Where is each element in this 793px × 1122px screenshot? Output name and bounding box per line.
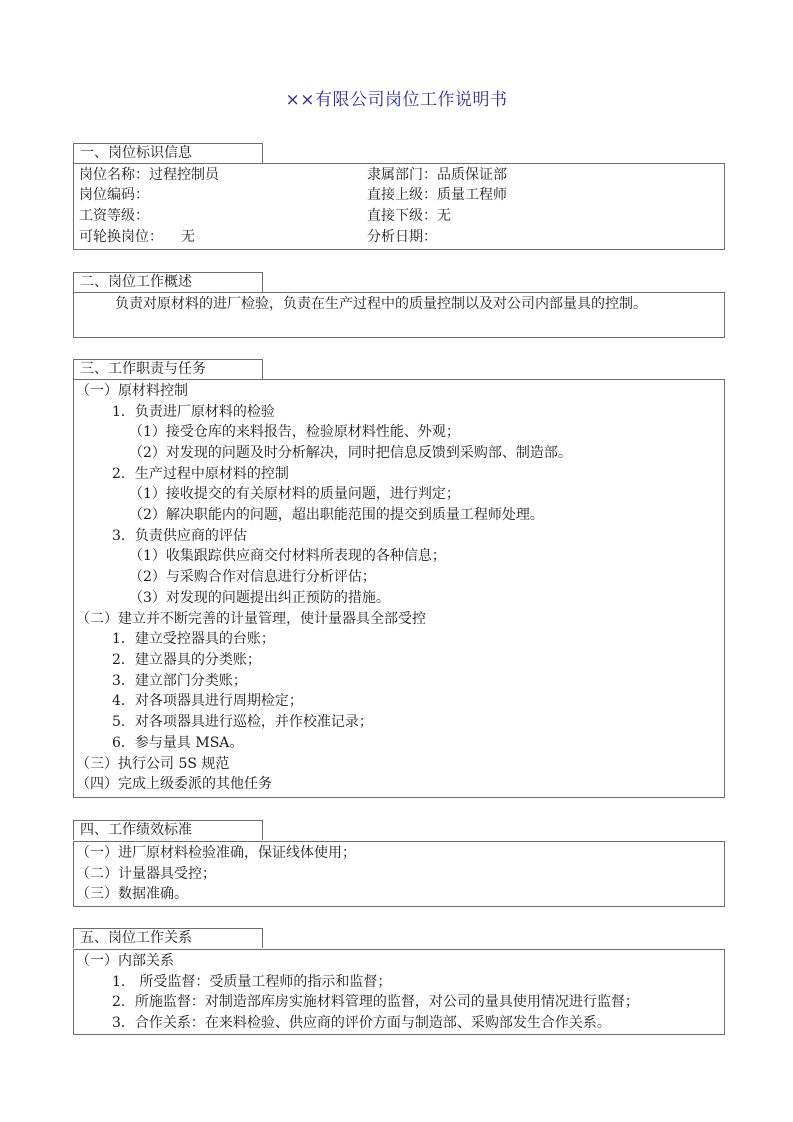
document-title: ××有限公司岗位工作说明书 <box>0 88 793 112</box>
duty-line: （2）对发现的问题及时分析解决，同时把信息反馈到采购部、制造部。 <box>129 443 572 463</box>
relation-line: 3．合作关系：在来料检验、供应商的评价方面与制造部、采购部发生合作关系。 <box>112 1013 611 1033</box>
duty-line: 5．对各项器具进行巡检，并作校准记录； <box>112 712 373 732</box>
section-heading-relations: 五、岗位工作关系 <box>73 928 263 948</box>
field-salary-grade: 工资等级： <box>79 206 149 226</box>
duty-line: （三）执行公司 5S 规范 <box>76 754 229 774</box>
duty-line: 1．负责进厂原材料的检验 <box>112 402 275 422</box>
duty-line: （四）完成上级委派的其他任务 <box>76 774 272 794</box>
section-body-identification: 岗位名称：过程控制员 岗位编码： 工资等级： 可轮换岗位：无 隶属部门：品质保证… <box>73 163 725 250</box>
section-heading-performance: 四、工作绩效标准 <box>73 820 263 840</box>
duty-line: （1）收集跟踪供应商交付材料所表现的各种信息； <box>129 546 446 566</box>
section-heading-identification: 一、岗位标识信息 <box>73 143 263 163</box>
field-position-name: 岗位名称：过程控制员 <box>79 165 219 185</box>
duty-line: 3．负责供应商的评估 <box>112 526 247 546</box>
section-body-overview: 负责对原材料的进厂检验，负责在生产过程中的质量控制以及对公司内部量具的控制。 <box>73 292 725 338</box>
duty-line: （二）建立并不断完善的计量管理，使计量器具全部受控 <box>76 609 426 629</box>
section-body-relations: （一）内部关系 1． 所受监督：受质量工程师的指示和监督； 2．所施监督：对制造… <box>73 949 725 1035</box>
section-body-duties: （一）原材料控制 1．负责进厂原材料的检验 （1）接受仓库的来料报告，检验原材料… <box>73 379 725 798</box>
duty-line: 1．建立受控器具的台账； <box>112 629 275 649</box>
section-body-performance: （一）进厂原材料检验准确，保证线体使用； （二）计量器具受控； （三）数据准确。 <box>73 841 725 907</box>
field-direct-superior: 直接上级：质量工程师 <box>367 185 507 205</box>
duty-line: （3）对发现的问题提出纠正预防的措施。 <box>129 588 390 608</box>
duty-line: 2．建立器具的分类账； <box>112 650 261 670</box>
field-position-code: 岗位编码： <box>79 185 149 205</box>
duty-line: 6．参与量具 MSA。 <box>112 733 243 753</box>
field-department: 隶属部门：品质保证部 <box>367 165 507 185</box>
relation-line: 2．所施监督：对制造部库房实施材料管理的监督，对公司的量具使用情况进行监督； <box>112 992 639 1012</box>
duty-line: （2）解决职能内的问题，超出职能范围的提交到质量工程师处理。 <box>129 505 544 525</box>
duty-line: （1）接收提交的有关原材料的质量问题，进行判定； <box>129 484 460 504</box>
section-heading-overview: 二、岗位工作概述 <box>73 272 263 292</box>
performance-line: （一）进厂原材料检验准确，保证线体使用； <box>76 843 356 863</box>
overview-text: 负责对原材料的进厂检验，负责在生产过程中的质量控制以及对公司内部量具的控制。 <box>115 294 647 314</box>
duty-line: 4．对各项器具进行周期检定； <box>112 691 303 711</box>
performance-line: （二）计量器具受控； <box>76 864 216 884</box>
section-heading-duties: 三、工作职责与任务 <box>73 359 263 379</box>
duty-line: 2．生产过程中原材料的控制 <box>112 464 289 484</box>
relation-line: 1． 所受监督：受质量工程师的指示和监督； <box>112 972 391 992</box>
duty-line: 3．建立部门分类账； <box>112 671 247 691</box>
relation-line: （一）内部关系 <box>76 951 174 971</box>
field-analysis-date: 分析日期： <box>367 227 437 247</box>
duty-line: （一）原材料控制 <box>76 381 188 401</box>
duty-line: （1）接受仓库的来料报告，检验原材料性能、外观； <box>129 422 460 442</box>
field-rotatable-position: 可轮换岗位：无 <box>79 227 195 247</box>
duty-line: （2）与采购合作对信息进行分析评估； <box>129 567 376 587</box>
performance-line: （三）数据准确。 <box>76 884 188 904</box>
field-direct-subordinate: 直接下级：无 <box>367 206 451 226</box>
